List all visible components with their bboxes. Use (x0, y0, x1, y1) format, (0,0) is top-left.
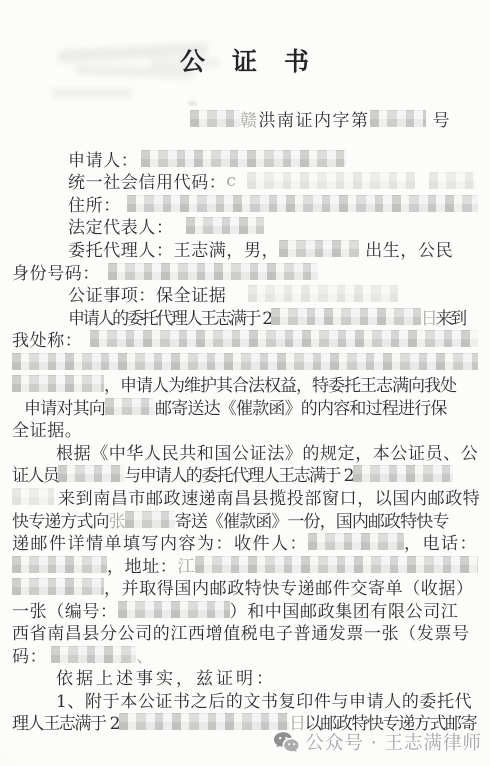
redaction-blur (190, 110, 240, 127)
redaction-blur (90, 330, 478, 347)
spacer (415, 180, 429, 181)
document-line: 身份号码： (12, 260, 478, 283)
document-line: 码：、 (12, 643, 478, 666)
redaction-blur (105, 398, 155, 415)
wechat-icon (273, 731, 300, 754)
spacer (121, 203, 127, 204)
redaction-blur (125, 511, 175, 528)
text-segment: 根据《中华人民共和国公证法》的规定，本公证员、公 (56, 439, 478, 464)
wechat-watermark: 公众号 · 王志满律师 (273, 729, 482, 755)
redaction-blur (247, 172, 415, 189)
text-segment: 与申请人的委托代理人王志满于 2 (124, 461, 353, 486)
spacer (237, 180, 247, 181)
text-segment: ，地址： (107, 552, 177, 577)
document-line: ，申请人为维护其合法权益，特委托王志满向我处 (12, 372, 478, 395)
text-segment: 委托代理人：王志满，男， (68, 236, 279, 261)
redaction-blur (12, 375, 104, 392)
redaction-blur (353, 465, 453, 482)
document-line: 一张（编号：）和中国邮政集团有限公司江 (12, 598, 478, 621)
document-line: 申请人： (12, 147, 478, 170)
spacer (100, 271, 108, 272)
text-segment: 码： (12, 642, 47, 667)
document-line: 申请对其向邮寄送达《催款函》的内容和过程进行保 (12, 395, 478, 418)
spacer (82, 338, 90, 339)
redaction-blur (279, 240, 359, 257)
text-segment: 证人员 (12, 461, 58, 486)
document-line: 证人员与申请人的委托代理人王志满于 2 (12, 463, 478, 486)
redaction-blur (195, 556, 478, 573)
redaction-blur (118, 601, 230, 618)
text-segment: 邮寄送达《催款函》的内容和过程进行保 (155, 394, 447, 419)
spacer (426, 118, 433, 119)
text-segment: 我处称： (12, 326, 82, 351)
document-line: 法定代表人： (12, 215, 478, 238)
text-segment: 住所： (68, 191, 121, 216)
text-segment: 身份号码： (12, 259, 100, 284)
document-title: 公 证 书 (0, 42, 490, 78)
certificate-number-line: 赣洪南证内字第号 (12, 107, 480, 130)
text-segment: 理人王志满于 2 (12, 709, 119, 734)
notarial-certificate-page: 公 证 书 赣洪南证内字第号 申请人：统一社会信用代码：c住所：法定代表人：委托… (0, 0, 490, 766)
redaction-blur (12, 556, 107, 573)
text-segment: ，电话： (404, 529, 478, 554)
document-line: 西省南昌县分公司的江西增值税电子普通发票一张（发票号 (12, 620, 478, 643)
redaction-blur (248, 285, 398, 302)
document-line: 住所： (12, 192, 478, 215)
partially-redacted-char: 江 (177, 552, 195, 577)
text-segment: 号 (433, 106, 452, 131)
document-line: 全证据。 (12, 418, 478, 441)
text-segment: 递邮件详情单填写内容为：收件人： (12, 529, 308, 554)
text-segment: 洪南证内字第 (259, 106, 370, 131)
text-segment: 出生，公民 (365, 236, 453, 261)
document-body: 申请人：统一社会信用代码：c住所：法定代表人：委托代理人：王志满，男，出生，公民… (12, 147, 478, 733)
text-segment: 来到南昌市邮政速递南昌县揽投部窗口，以国内邮政特 (58, 484, 480, 509)
text-segment: 一张（编号： (12, 597, 118, 622)
redaction-blur (108, 263, 318, 280)
text-segment: 快专递方式向 (12, 507, 109, 532)
document-line: 我处称： (12, 327, 478, 350)
text-segment: 1、附于本公证书之后的文书复印件与申请人的委托代 (56, 687, 472, 712)
text-segment: 公证事项：保全证据 (68, 281, 226, 306)
text-segment: 统一社会信用代码： (68, 168, 226, 193)
text-segment: ，并取得国内邮政特快专递邮件交寄单（收据） (104, 574, 474, 599)
partially-redacted-char: c (226, 171, 236, 191)
document-line: 统一社会信用代码：c (12, 170, 478, 193)
redaction-blur (271, 308, 421, 325)
text-segment: ）和中国邮政集团有限公司江 (230, 597, 459, 622)
document-line: 赣洪南证内字第号 (12, 107, 480, 130)
document-line: 1、附于本公证书之后的文书复印件与申请人的委托代 (12, 688, 478, 711)
redaction-blur (141, 150, 346, 167)
redaction-blur (12, 488, 54, 505)
partially-redacted-char: 赣 (240, 106, 259, 131)
document-line: ，地址：江 (12, 553, 478, 576)
document-line (12, 350, 478, 373)
partially-redacted-char: 张 (109, 507, 125, 532)
bleed-through-mark (188, 101, 197, 106)
document-line: 根据《中华人民共和国公证法》的规定，本公证员、公 (12, 440, 478, 463)
bleed-through-mark (52, 88, 132, 98)
text-segment: 寄送《催款函》一份，国内邮政特快专 (175, 507, 449, 532)
redaction-blur (308, 533, 404, 550)
redaction-blur (370, 110, 426, 127)
document-line: 递邮件详情单填写内容为：收件人：，电话： (12, 530, 478, 553)
document-line: 快专递方式向张寄送《催款函》一份，国内邮政特快专 (12, 508, 478, 531)
text-segment: 申请对其向 (24, 394, 105, 419)
text-segment: 法定代表人： (68, 213, 174, 238)
partially-redacted-char: 、 (136, 642, 154, 667)
partially-redacted-char: 日 (421, 304, 436, 329)
redaction-blur (127, 195, 478, 212)
spacer (226, 293, 248, 294)
redaction-blur (12, 353, 478, 370)
watermark-label: 公众号 · 王志满律师 (305, 729, 482, 755)
document-line: 申请人的委托代理人王志满于 2日来到 (12, 305, 478, 328)
document-line: 公证事项：保全证据 (12, 282, 478, 305)
text-segment: ，申请人为维护其合法权益，特委托王志满向我处 (104, 371, 456, 396)
text-segment: 申请人： (68, 146, 138, 171)
document-line: ，并取得国内邮政特快专递邮件交寄单（收据） (12, 575, 478, 598)
text-segment: 依据上述事实，兹证明： (56, 664, 276, 689)
redaction-blur (58, 465, 124, 482)
document-line: 来到南昌市邮政速递南昌县揽投部窗口，以国内邮政特 (12, 485, 478, 508)
redaction-blur (186, 217, 264, 234)
text-segment: 全证据。 (12, 416, 82, 441)
text-segment: 申请人的委托代理人王志满于 2 (68, 304, 271, 329)
redaction-blur (12, 578, 104, 595)
document-line: 委托代理人：王志满，男，出生，公民 (12, 237, 478, 260)
redaction-blur (51, 646, 136, 663)
redaction-blur (429, 172, 475, 189)
document-line: 依据上述事实，兹证明： (12, 666, 478, 689)
text-segment: 西省南昌县分公司的江西增值税电子普通发票一张（发票号 (12, 619, 470, 644)
text-segment: 来到 (435, 304, 464, 329)
redaction-blur (119, 713, 289, 730)
spacer (174, 225, 186, 226)
